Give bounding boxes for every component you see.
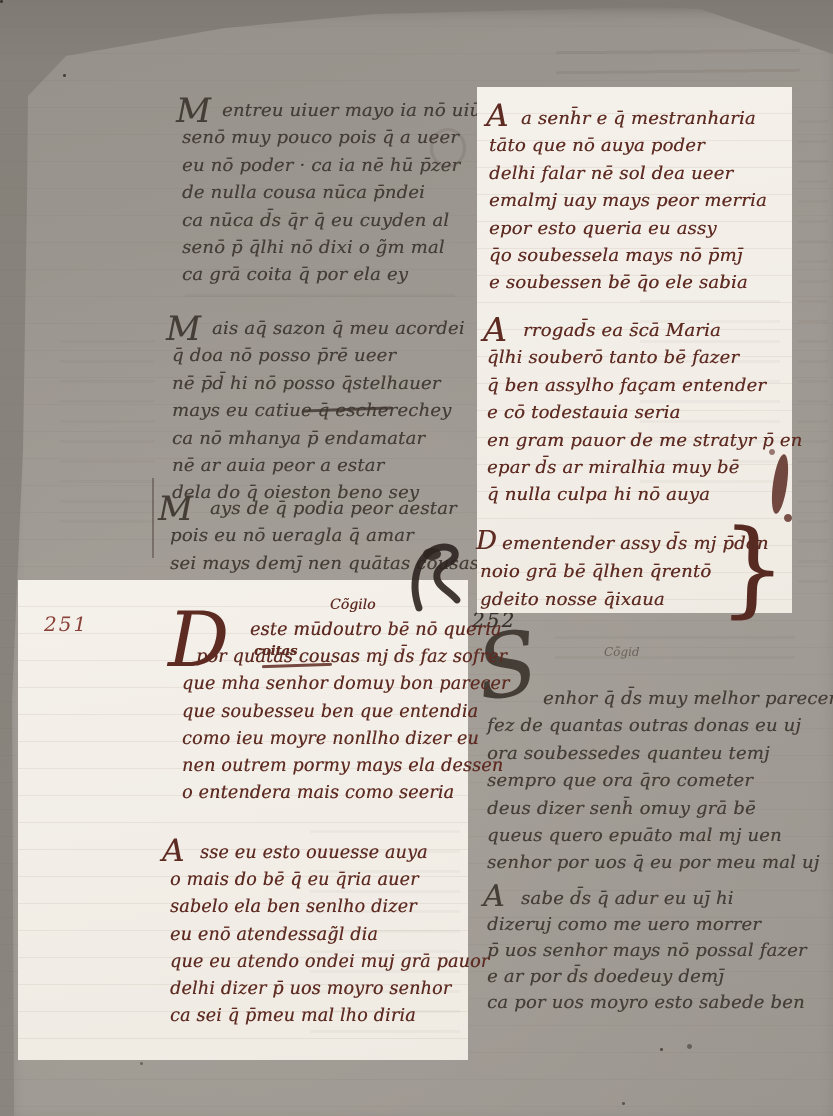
verse-line: sabe d̄s q̄ adur eu uj̄ hi [487, 888, 807, 914]
verse-line: e cō todestauia seria [487, 402, 802, 429]
stanza-left-2: ais aq̄ sazon q̄ meu acordeiq̄ doa nō po… [172, 318, 465, 510]
verse-line: que eu atendo ondei muj grā pauor [170, 952, 489, 979]
verse-line: ca por uos moyro esto sabede ben [487, 992, 807, 1018]
stanza-right-2: rrogad̄s ea s̄cā Mariaq̄lhi souberō tant… [487, 320, 802, 512]
initial-d: D [476, 528, 497, 554]
initial-m: M [176, 94, 211, 128]
initial-d-versal: D [168, 602, 229, 678]
verse-line: eu enō atendessag̃l dia [170, 925, 489, 952]
verse-line: sabelo ela ben senlho dizer [170, 897, 489, 924]
verse-line: este mūdoutro bē nō queria [182, 620, 510, 647]
verse-line: que soubesseu ben que entendia [182, 702, 510, 729]
verse-line: q̄lhi souberō tanto bē fazer [487, 347, 802, 374]
initial-m: M [166, 312, 201, 346]
stanza-bottom-left-1: este mūdoutro bē nō queriapor quātas cou… [182, 620, 510, 810]
verse-line: p̄ uos senhor mays nō possal fazer [487, 940, 807, 966]
stanza-right-1: a senh̄r e q̄ mestranhariatāto que nō au… [489, 108, 767, 300]
folio-number-left: 251 [44, 612, 88, 636]
verse-line: ca nō mhanya p̄ endamatar [172, 428, 465, 455]
verse-line: ora soubessedes quanteu temj [487, 743, 833, 770]
verse-line: tāto que nō auya poder [489, 135, 767, 162]
initial-a: A [483, 313, 507, 346]
verse-line: e ar por d̄s doedeuy demj̄ [487, 966, 807, 992]
verse-line: ais aq̄ sazon q̄ meu acordei [172, 318, 465, 345]
verse-line: epor esto queria eu assy [489, 218, 767, 245]
stanza-right-4: enhor q̄ d̄s muy melhor parecerfez de qu… [487, 688, 833, 880]
verse-line: sse eu esto ouuesse auya [170, 843, 489, 870]
verse-line: nen outrem pormy mays ela dessen [182, 756, 510, 783]
verse-line: nē p̄d̄ hi nō posso q̄stelhauer [172, 373, 465, 400]
verse-line: emalmj uay mays peor merria [489, 190, 767, 217]
verse-line: delhi dizer p̄ uos moyro senhor [170, 979, 489, 1006]
verse-line: mays eu catiue q̄ escherechey [172, 400, 465, 427]
manuscript-photo: entreu uiuer mayo ia nō uiūeysenō muy po… [0, 0, 833, 1116]
verse-line: ca sei q̄ p̄meu mal lho diria [170, 1006, 489, 1033]
verse-line: rrogad̄s ea s̄cā Maria [487, 320, 802, 347]
verse-line: ca nūca d̄s q̄r q̄ eu cuyden al [182, 210, 502, 237]
verse-line: epar d̄s ar miralhia muy bē [487, 457, 802, 484]
verse-line: como ieu moyre nonllho dizer eu [182, 729, 510, 756]
verse-line: senō p̄ q̄lhi nō dixi o g̃m mal [182, 237, 502, 264]
verse-line: q̄ ben assylho façam entender [487, 375, 802, 402]
verse-line: ays de q̄ podia peor aestar [170, 498, 506, 525]
verse-line: a senh̄r e q̄ mestranharia [489, 108, 767, 135]
stanza-right-5: sabe d̄s q̄ adur eu uj̄ hidizeruj como m… [487, 888, 807, 1018]
margin-stroke [152, 478, 154, 558]
stanza-bottom-left-2: sse eu esto ouuesse auyao mais do bē q̄ … [170, 843, 489, 1033]
verse-line: en gram pauor de me stratyr p̄ en [487, 430, 802, 457]
initial-a: A [486, 101, 508, 132]
initial-m: M [158, 492, 193, 526]
verse-line: o entendera mais como seeria [182, 783, 510, 810]
verse-line: sempro que ora q̄ro cometer [487, 770, 833, 797]
verse-line: fez de quantas outras donas eu uj [487, 715, 833, 742]
verse-line: ca grā coita q̄ por ela ey [182, 264, 502, 291]
verse-line: q̄o soubessela mays nō p̄mj̄ [489, 245, 767, 272]
marginal-gloss-right: Cõgid [604, 645, 640, 659]
verse-line: e soubessen bē q̄o ele sabia [489, 272, 767, 299]
ink-blot [405, 542, 469, 614]
paper-specks [0, 0, 3, 3]
brace-mark: } [718, 515, 788, 621]
verse-line: senhor por uos q̄ eu por meu mal uj [487, 852, 833, 879]
verse-line: que mha senhor domuy bon parecer [182, 674, 510, 701]
ink-blot [764, 446, 800, 528]
verse-line: entreu uiuer mayo ia nō uiūey [182, 100, 502, 127]
verse-line: deus dizer senh̄ omuy grā bē [487, 798, 833, 825]
verse-line: nē ar auia peor a estar [172, 455, 465, 482]
marginal-gloss-left: Cõgilo [330, 597, 376, 613]
interline-correction: coitas [254, 644, 297, 659]
initial-a: A [162, 836, 184, 867]
verse-line: q̄ doa nō posso p̄rē ueer [172, 345, 465, 372]
ink-smudge [430, 128, 466, 168]
verse-line: delhi falar nē sol dea ueer [489, 163, 767, 190]
verse-line: queus quero epuāto mal mj uen [487, 825, 833, 852]
verse-line: dizeruj como me uero morrer [487, 914, 807, 940]
verse-line: por quātas cousas mj d̄s faz sofrer [182, 647, 510, 674]
verse-line: de nulla cousa nūca p̄ndei [182, 182, 502, 209]
verse-line: o mais do bē q̄ eu q̄ria auer [170, 870, 489, 897]
